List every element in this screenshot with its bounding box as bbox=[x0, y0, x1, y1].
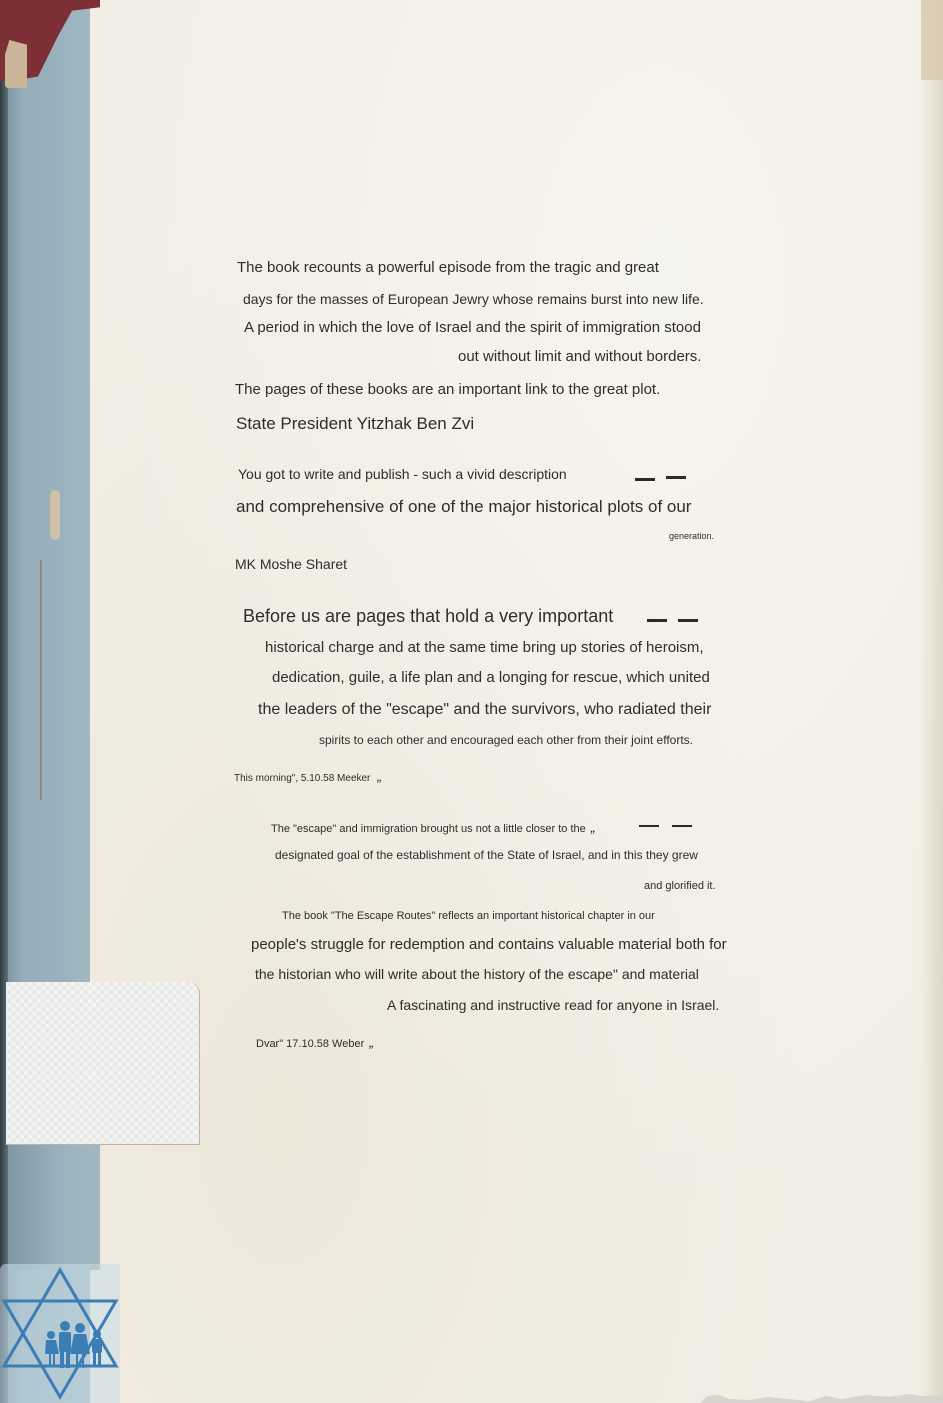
quote-attribution: MK Moshe Sharet bbox=[235, 556, 347, 572]
em-dash bbox=[666, 476, 686, 479]
quote-line: spirits to each other and encouraged eac… bbox=[319, 733, 693, 747]
quote-line: The "escape" and immigration brought us … bbox=[271, 819, 596, 835]
em-dash bbox=[672, 825, 692, 827]
attribution-text: This morning", 5.10.58 Meeker bbox=[234, 773, 370, 784]
page-edge-shadow bbox=[919, 0, 943, 1403]
spine-edge bbox=[0, 0, 8, 1403]
quote-line: designated goal of the establishment of … bbox=[275, 848, 698, 862]
quote-line: out without limit and without borders. bbox=[458, 348, 701, 365]
quote-line: A period in which the love of Israel and… bbox=[244, 319, 701, 336]
quote-line: and glorified it. bbox=[644, 880, 716, 892]
quote-attribution: Dvar" 17.10.58 Weber „ bbox=[256, 1034, 374, 1050]
torn-paper bbox=[5, 40, 27, 88]
quote-line: You got to write and publish - such a vi… bbox=[238, 466, 567, 482]
quote-line: days for the masses of European Jewry wh… bbox=[243, 291, 704, 307]
quote-attribution: State President Yitzhak Ben Zvi bbox=[236, 414, 474, 434]
quote-line: historical charge and at the same time b… bbox=[265, 639, 704, 656]
attribution-text: Dvar" 17.10.58 Weber bbox=[256, 1038, 364, 1050]
line-text: The "escape" and immigration brought us … bbox=[271, 823, 586, 835]
quote-line: the historian who will write about the h… bbox=[255, 966, 699, 982]
quote-line: The book "The Escape Routes" reflects an… bbox=[282, 910, 655, 922]
stain bbox=[921, 0, 943, 80]
quote-line: people's struggle for redemption and con… bbox=[251, 936, 727, 953]
quote-line: the leaders of the "escape" and the surv… bbox=[258, 701, 711, 719]
quote-mark: „ bbox=[377, 768, 382, 784]
quote-line: generation. bbox=[669, 531, 714, 541]
quote-mark: „ bbox=[369, 1034, 374, 1050]
em-dash bbox=[647, 619, 667, 622]
quote-line: The book recounts a powerful episode fro… bbox=[237, 259, 659, 276]
quote-line: and comprehensive of one of the major hi… bbox=[236, 497, 691, 517]
quote-line: A fascinating and instructive read for a… bbox=[387, 997, 719, 1013]
quote-line: The pages of these books are an importan… bbox=[235, 381, 660, 398]
quote-line: Before us are pages that hold a very imp… bbox=[243, 606, 613, 627]
spine-crack bbox=[40, 560, 42, 800]
spine-scuff bbox=[50, 490, 60, 540]
spine-lower bbox=[0, 1140, 100, 1270]
em-dash bbox=[678, 619, 698, 622]
em-dash bbox=[639, 825, 659, 827]
star-of-david-family-icon bbox=[0, 1264, 120, 1403]
quote-mark: „ bbox=[591, 819, 596, 835]
quote-line: dedication, guile, a life plan and a lon… bbox=[272, 669, 710, 686]
library-sticker bbox=[6, 982, 200, 1145]
quote-attribution: This morning", 5.10.58 Meeker „ bbox=[234, 768, 382, 784]
em-dash bbox=[635, 478, 655, 481]
